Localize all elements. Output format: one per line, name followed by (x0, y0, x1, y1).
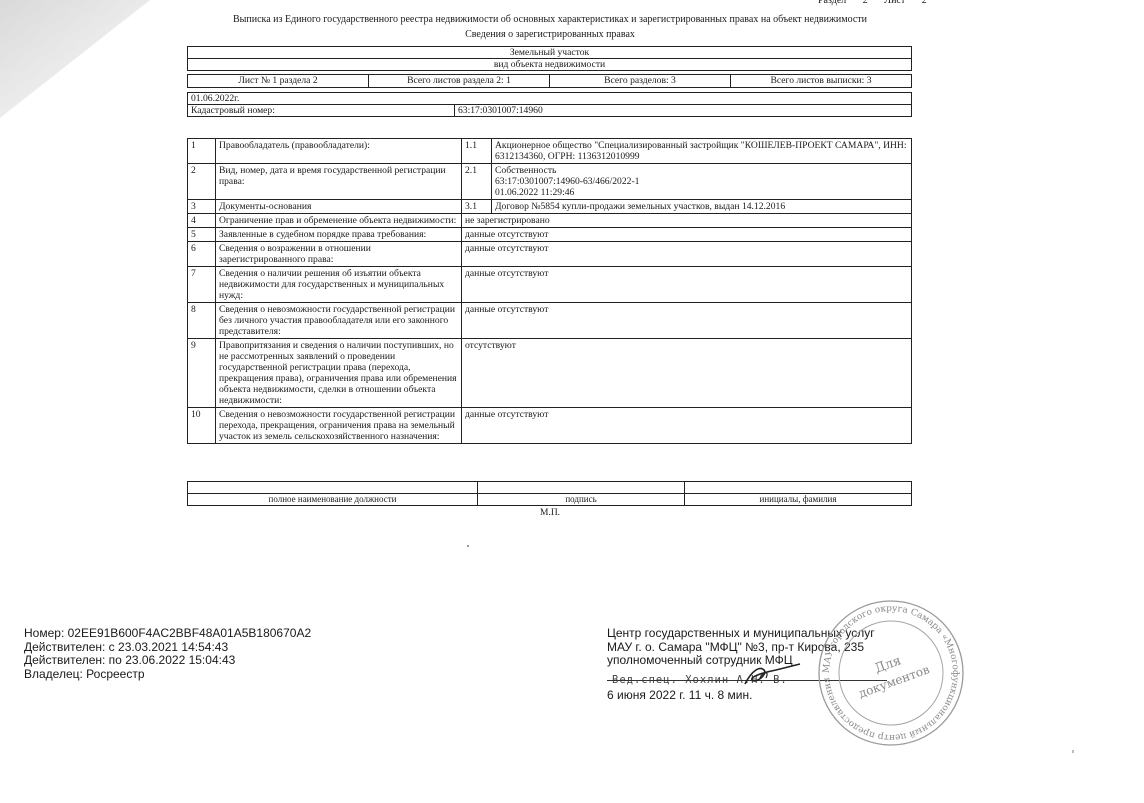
sheet-number: Лист № 1 раздела 2 (188, 75, 369, 88)
cadastral-label: Кадастровый номер: (188, 105, 455, 117)
section-page-label: Раздел 2 Лист 2 (818, 0, 927, 6)
position-caption: полное наименование должности (188, 494, 478, 506)
extract-sheets-total: Всего листов выписки: 3 (731, 75, 912, 88)
official-stamp-icon: МАУ городского округа Самара «Многофункц… (816, 598, 966, 748)
table-row: 2 Вид, номер, дата и время государственн… (188, 164, 912, 200)
certificate-owner: Владелец: Росреестр (24, 668, 311, 682)
position-field (188, 482, 478, 494)
table-row: 8 Сведения о невозможности государственн… (188, 303, 912, 339)
handwritten-signature-icon (742, 660, 802, 688)
table-row: 6 Сведения о возражении в отношении заре… (188, 242, 912, 267)
seal-mark: М.П. (540, 508, 560, 518)
certificate-info: Номер: 02EE91B600F4AC2BBF48A01A5B180670A… (24, 627, 311, 681)
certificate-valid-to: Действителен: по 23.06.2022 15:04:43 (24, 654, 311, 668)
info-table: 01.06.2022г. Кадастровый номер: 63:17:03… (187, 92, 912, 117)
object-type-table: Земельный участок вид объекта недвижимос… (187, 46, 912, 71)
signature-table: полное наименование должности подпись ин… (187, 481, 912, 506)
right-holder: Акционерное общество "Специализированный… (492, 139, 912, 164)
certificate-number: Номер: 02EE91B600F4AC2BBF48A01A5B180670A… (24, 627, 311, 641)
scan-speck (467, 545, 469, 547)
name-caption: инициалы, фамилия (685, 494, 912, 506)
certificate-valid-from: Действителен: с 23.03.2021 14:54:43 (24, 641, 311, 655)
sections-total: Всего разделов: 3 (550, 75, 731, 88)
signature-field (478, 482, 685, 494)
table-row: 7 Сведения о наличии решения об изъятии … (188, 267, 912, 303)
name-field (685, 482, 912, 494)
signature-caption: подпись (478, 494, 685, 506)
document-title: Выписка из Единого государственного реес… (180, 14, 920, 25)
rights-table: 1 Правообладатель (правообладатели): 1.1… (187, 138, 912, 444)
object-type-caption: вид объекта недвижимости (188, 59, 912, 71)
scan-shadow (0, 0, 160, 120)
table-row: 4 Ограничение прав и обременение объекта… (188, 214, 912, 228)
table-row: 5 Заявленные в судебном порядке права тр… (188, 228, 912, 242)
table-row: 3 Документы-основания 3.1 Договор №5854 … (188, 200, 912, 214)
section-sheets-total: Всего листов раздела 2: 1 (369, 75, 550, 88)
basis-document: Договор №5854 купли-продажи земельных уч… (492, 200, 912, 214)
registration-info: Собственность63:17:0301007:14960-63/466/… (492, 164, 912, 200)
table-row: 9 Правопритязания и сведения о наличии п… (188, 339, 912, 408)
table-row: 10 Сведения о невозможности государствен… (188, 408, 912, 444)
table-row: 1 Правообладатель (правообладатели): 1.1… (188, 139, 912, 164)
document-subtitle: Сведения о зарегистрированных правах (180, 29, 920, 40)
object-type: Земельный участок (188, 47, 912, 59)
sheets-table: Лист № 1 раздела 2 Всего листов раздела … (187, 74, 912, 88)
extract-date: 01.06.2022г. (188, 93, 912, 105)
cadastral-number: 63:17:0301007:14960 (455, 105, 912, 117)
mfc-certification-date: 6 июня 2022 г. 11 ч. 8 мин. (607, 689, 752, 703)
scan-speck (1072, 750, 1074, 753)
